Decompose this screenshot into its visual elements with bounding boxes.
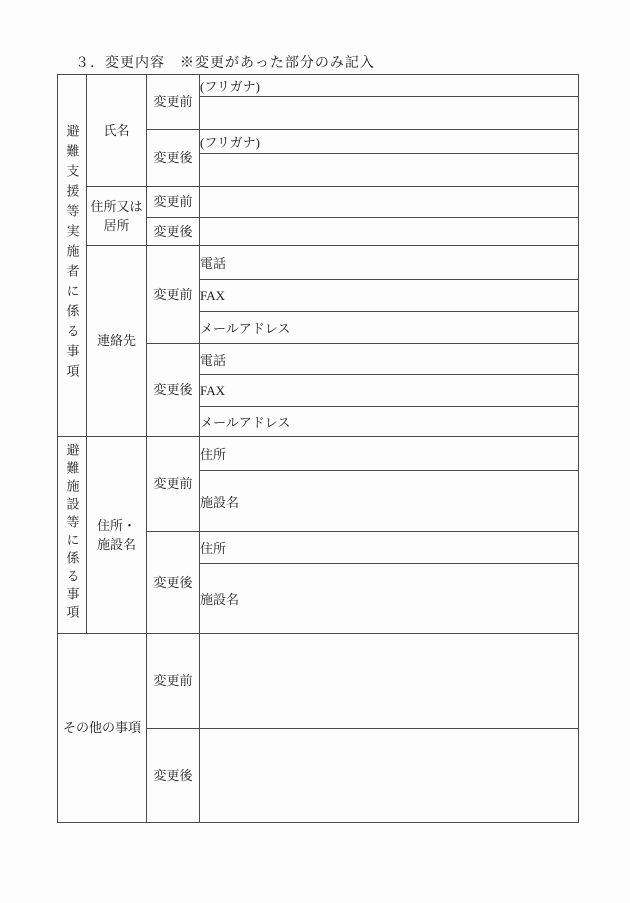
- before-label-contact: 変更前: [147, 246, 200, 344]
- phone-label-before: 電話: [200, 246, 579, 280]
- after-label-residence: 変更後: [147, 218, 200, 246]
- name-before-value-cell: [200, 97, 579, 130]
- after-label-name: 変更後: [147, 130, 200, 187]
- category-evacuation-facility-text: 避難施設等に係る事項: [66, 443, 79, 623]
- fax-label-after: FAX: [200, 375, 579, 407]
- document-page: ３．変更内容 ※変更があった部分のみ記入 避難支援等実施者に係る事項 氏名 変更…: [0, 0, 630, 903]
- address-label-after: 住所: [200, 532, 579, 564]
- fax-label-before: FAX: [200, 280, 579, 312]
- row-header-contact: 連絡先: [87, 246, 147, 437]
- before-label-other: 変更前: [147, 634, 200, 729]
- email-label-before: メールアドレス: [200, 312, 579, 344]
- row-header-name: 氏名: [87, 75, 147, 187]
- page-title: ３．変更内容 ※変更があった部分のみ記入: [75, 52, 375, 72]
- other-before-value-cell: [200, 634, 579, 729]
- row-header-address-or-residence-line1: 住所又は: [87, 197, 146, 217]
- row-header-address-or-residence-line2: 居所: [87, 216, 146, 236]
- row-header-address-facility-line1: 住所・: [87, 516, 146, 536]
- category-evacuation-facility: 避難施設等に係る事項: [58, 437, 87, 634]
- facility-name-label-after: 施設名: [200, 564, 579, 634]
- before-label-residence: 変更前: [147, 187, 200, 218]
- after-label-contact: 変更後: [147, 344, 200, 437]
- before-label-facility: 変更前: [147, 437, 200, 532]
- name-after-value-cell: [200, 154, 579, 187]
- residence-after-value-cell: [200, 218, 579, 246]
- residence-before-value-cell: [200, 187, 579, 218]
- phone-label-after: 電話: [200, 344, 579, 375]
- category-evacuation-support-implementer-text: 避難支援等実施者に係る事項: [66, 124, 79, 384]
- category-evacuation-support-implementer: 避難支援等実施者に係る事項: [58, 75, 87, 437]
- other-after-value-cell: [200, 729, 579, 823]
- row-header-address-or-residence: 住所又は 居所: [87, 187, 147, 246]
- change-details-table: 避難支援等実施者に係る事項 氏名 変更前 (フリガナ) 変更後 (フリガナ) 住…: [57, 74, 579, 823]
- after-label-facility: 変更後: [147, 532, 200, 634]
- furigana-label-before: (フリガナ): [200, 75, 579, 97]
- email-label-after: メールアドレス: [200, 407, 579, 437]
- furigana-label-after: (フリガナ): [200, 130, 579, 154]
- after-label-other: 変更後: [147, 729, 200, 823]
- facility-name-label-before: 施設名: [200, 471, 579, 532]
- row-header-address-facility-line2: 施設名: [87, 535, 146, 555]
- address-label-before: 住所: [200, 437, 579, 471]
- row-header-address-facility-name: 住所・ 施設名: [87, 437, 147, 634]
- before-label-name: 変更前: [147, 75, 200, 130]
- category-other-matters: その他の事項: [58, 634, 147, 823]
